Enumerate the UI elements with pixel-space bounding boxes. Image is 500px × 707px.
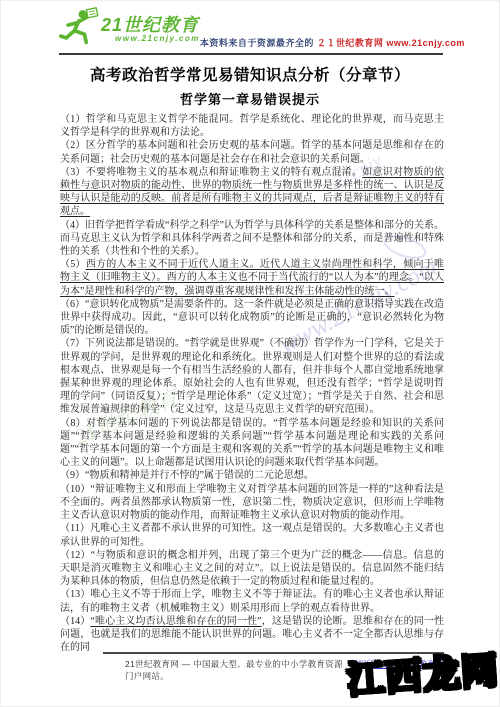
corner-watermark: 江西龙网 — [346, 652, 500, 700]
body-paragraph: （5）西方的人本主义不同于近代人道主义。近代人道主义崇尚理性和科学，倾向于唯物主… — [60, 258, 444, 298]
logo-text: 21世纪教育 www.21cnjy.com — [101, 16, 200, 43]
page-title: 高考政治哲学常见易错知识点分析（分章节） — [1, 63, 499, 85]
body-paragraph: （13）唯心主义不等于形而上学，唯物主义不等于辩证法。有的唯心主义者也承认辩证法… — [60, 588, 444, 614]
body-paragraph: （11）凡唯心主义者都不承认世界的可知性。这一观点是错误的。大多数唯心主义者也承… — [60, 522, 444, 548]
plain-text: （12）“与物质和意识的概念相并列，出现了第三个更为广泛的概念——信息。信息的天… — [60, 550, 444, 587]
body-paragraph: （9）“物质和精神是并行不悖的”属于错误的二元论思想。 — [60, 469, 444, 482]
tagline-brand: ２１世纪教育网 www.21cnjy.com — [317, 38, 465, 48]
plain-text: （1）哲学和马克思主义哲学不能混同。哲学是系统化、理论化的世界观，而马克思主义哲… — [60, 114, 444, 138]
corner-watermark-left: 江西 — [346, 655, 425, 701]
body-paragraph: （7）下列说法都是错误的。“哲学就是世界观”（不确切）哲学作为一门学科，它是关于… — [60, 337, 444, 416]
plain-text: （7）下列说法都是错误的。“哲学就是世界观”（不确切）哲学作为一门学科，它是关于… — [60, 338, 444, 415]
body-paragraph: （14）“唯心主义均否认思维和存在的同一性”，这是错误的论断。思维和存在的同一性… — [60, 615, 444, 653]
body-paragraph: （12）“与物质和意识的概念相并列，出现了第三个更为广泛的概念——信息。信息的天… — [60, 549, 444, 589]
logo-brand-name: 21世纪教育 — [101, 16, 200, 34]
body-items: （1）哲学和马克思主义哲学不能混同。哲学是系统化、理论化的世界观，而马克思主义哲… — [60, 113, 444, 653]
corner-watermark-right: 龙网 — [422, 650, 500, 696]
body-paragraph: （10）“辩证唯物主义和形而上学唯物主义对哲学基本问题的回答是一样的”这种看法是… — [60, 483, 444, 523]
body-paragraph: （3）不要将唯物主义的基本观点和辩证唯物主义的特有观点混淆。如意识对物质的依赖性… — [60, 166, 444, 219]
body-paragraph: （2）区分哲学的基本问题和社会历史观的基本问题。哲学的基本问题是思维和存在的关系… — [60, 139, 444, 165]
plain-text: （10）“辩证唯物主义和形而上学唯物主义对哲学基本问题的回答是一样的”这种看法是… — [60, 484, 444, 521]
plain-text: （3）不要将唯物主义的基本观点和辩证唯物主义的特有观点混淆。 — [60, 167, 362, 178]
page-header: 21世纪教育 www.21cnjy.com 本资料来自于资源最齐全的 ２１世纪教… — [59, 13, 443, 55]
plain-text: （9）“物质和精神是并行不悖的”属于错误的二元论思想。 — [60, 470, 314, 481]
underlined-text: 西方的人本主义不同于近代人道主义。近代人道主义崇尚理性和科学，倾向于唯物主义（旧… — [60, 259, 444, 296]
body-paragraph: （1）哲学和马克思主义哲学不能混同。哲学是系统化、理论化的世界观，而马克思主义哲… — [60, 113, 444, 139]
plain-text: （2）区分哲学的基本问题和社会历史观的基本问题。哲学的基本问题是思维和存在的关系… — [60, 140, 444, 164]
header-tagline: 本资料来自于资源最齐全的 ２１世纪教育网 www.21cnjy.com — [200, 36, 465, 50]
body-paragraph: （6）“意识转化成物质”是需要条件的。这一条件就是必须是正确的意识指导实践在改造… — [60, 298, 444, 338]
plain-text: （13）唯心主义不等于形而上学，唯物主义不等于辩证法。有的唯心主义者也承认辩证法… — [60, 589, 444, 613]
tagline-prefix: 本资料来自于资源最齐全的 — [200, 38, 314, 48]
site-logo: 21世纪教育 www.21cnjy.com — [59, 7, 200, 52]
plain-text: （4）旧哲学把哲学看成“科学之科学”认为哲学与具体科学的关系是整体和部分的关系。… — [60, 220, 444, 257]
body-paragraph: （8）对哲学基本问题的下列说法都是错误的。“哲学基本问题是经验和知识的关系问题”… — [60, 417, 444, 470]
plain-text: （6）“意识转化成物质”是需要条件的。这一条件就是必须是正确的意识指导实践在改造… — [60, 299, 444, 336]
footer-slogan: 21世纪教育网 — 中国最大型、最专业的中小学教育资源门户网站。 — [103, 658, 349, 682]
body-paragraph: （4）旧哲学把哲学看成“科学之科学”认为哲学与具体科学的关系是整体和部分的关系。… — [60, 219, 444, 259]
runner-logo-icon — [59, 7, 99, 52]
plain-text: （11）凡唯心主义者都不承认世界的可知性。这一观点是错误的。大多数唯心主义者也承… — [60, 523, 444, 547]
logo-site-url: www.21cnjy.com — [115, 35, 200, 43]
page-subtitle: 哲学第一章易错误提示 — [1, 89, 499, 108]
plain-text: （8）对哲学基本问题的下列说法都是错误的。“哲学基本问题是经验和知识的关系问题”… — [60, 418, 444, 469]
plain-text: （14） — [60, 616, 90, 627]
underlined-text: “唯心主义均否认思维和存在的同一性” — [90, 616, 261, 627]
document-page: 21世纪教育 www.21cnjy.com 本资料来自于资源最齐全的 ２１世纪教… — [0, 0, 500, 707]
plain-text: （5） — [60, 259, 86, 270]
